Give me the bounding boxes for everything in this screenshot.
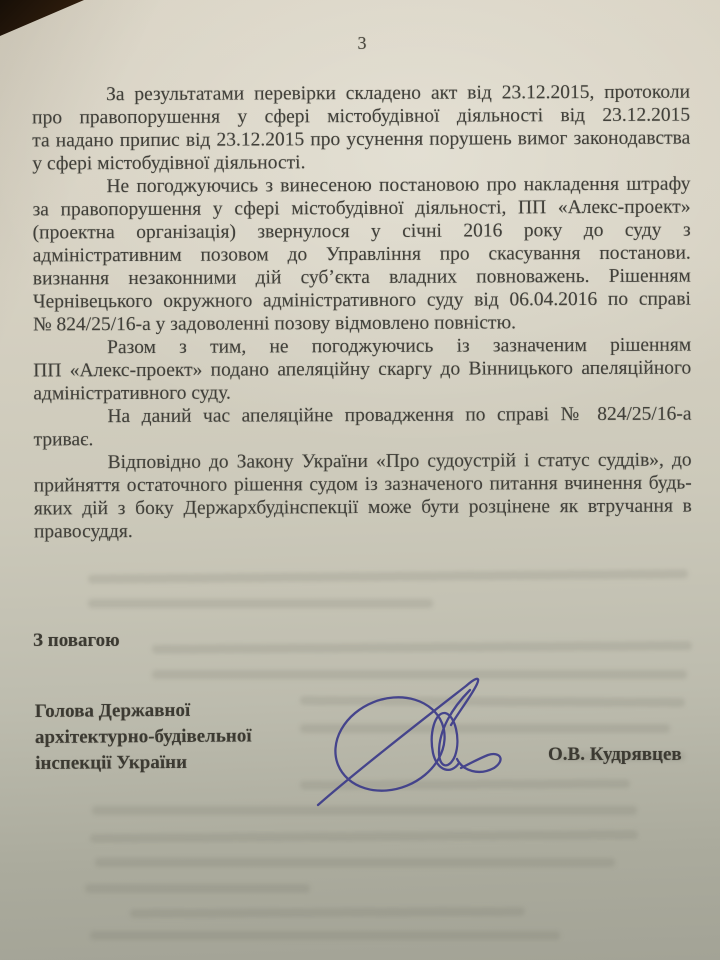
text-line: Чернівецького окружного адміністративног… — [33, 288, 691, 314]
text-line: Не погоджуючись з винесеною постановою п… — [32, 173, 690, 199]
text-line: про правопорушення у сфері містобудівної… — [32, 104, 690, 130]
page-number: 3 — [33, 33, 691, 54]
paragraph: Не погоджуючись з винесеною постановою п… — [32, 173, 691, 337]
text-line: Разом з тим, не погоджуючись із зазначен… — [33, 334, 691, 360]
signatory-title: Голова Державної архітектурно-будівельно… — [35, 697, 306, 777]
signatory-title-line: архітектурно-будівельної — [35, 723, 305, 751]
text-line: за правопорушення у сфері містобудівної … — [33, 196, 691, 222]
text-line: у сфері містобудівної діяльності. — [32, 150, 690, 176]
text-line: № 824/25/16-а у задоволенні позову відмо… — [33, 311, 691, 337]
signatory-title-line: інспекції України — [35, 749, 305, 777]
paragraph: Відповідно до Закону України «Про судоус… — [34, 449, 692, 544]
text-line: адміністративним позовом до Управління п… — [33, 242, 691, 268]
text-line: За результатами перевірки складено акт в… — [32, 81, 690, 107]
text-line: визнання незаконними дій суб’єкта владни… — [33, 265, 691, 291]
paragraph: За результатами перевірки складено акт в… — [32, 81, 690, 176]
signatory-title-line: Голова Державної — [35, 697, 305, 725]
document-body: За результатами перевірки складено акт в… — [32, 81, 692, 544]
text-line: ПП «Алекс-проект» подано апеляційну скар… — [33, 357, 691, 383]
text-line: яких дій з боку Держархбудінспекції може… — [34, 495, 692, 521]
text-line: прийняття остаточного рішення судом із з… — [34, 472, 692, 498]
text-line: та надано припис від 23.12.2015 про усун… — [32, 127, 690, 153]
paragraph: Разом з тим, не погоджуючись із зазначен… — [33, 334, 691, 406]
handwritten-signature — [298, 662, 548, 832]
signatory-name: О.В. Кудрявцев — [548, 744, 708, 766]
text-line: триває. — [34, 426, 692, 452]
closing-salutation: З повагою — [33, 630, 120, 652]
text-line: Відповідно до Закону України «Про судоус… — [34, 449, 692, 475]
paragraph: На даний час апеляційне провадження по с… — [33, 403, 691, 452]
text-line: На даний час апеляційне провадження по с… — [33, 403, 691, 429]
text-line: адміністративного суду. — [33, 380, 691, 406]
text-line: (проектна організація) звернулося у січн… — [33, 219, 691, 245]
text-line: правосуддя. — [34, 518, 692, 544]
